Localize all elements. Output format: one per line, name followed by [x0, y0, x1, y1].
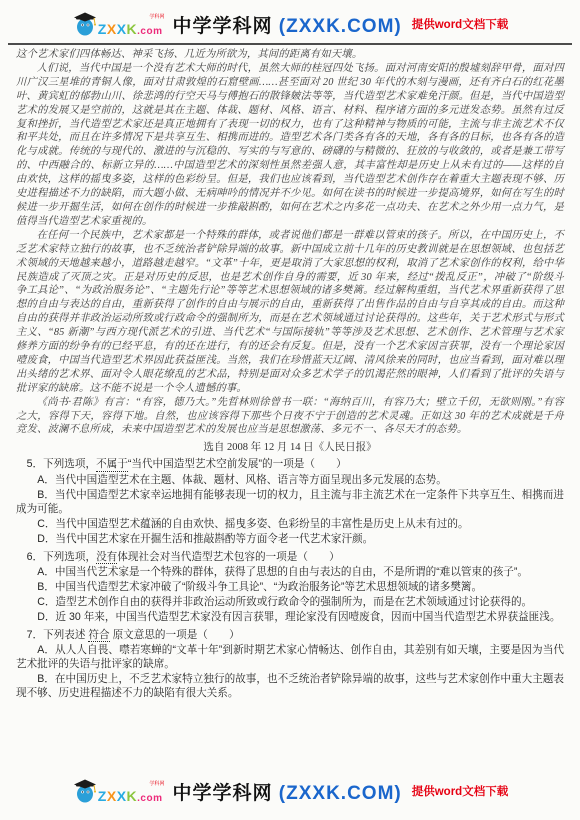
source-line: 选自 2008 年 12 月 14 日《人民日报》	[16, 439, 564, 454]
mascot-icon	[72, 11, 98, 37]
question-option: A．当代中国造型艺术在主题、体裁、题材、风格、语言等方面呈现出多元发展的态势。	[16, 473, 564, 487]
question-option: D．当代中国艺术家在开掘生活和推敲斟酌等方面令老一代艺术家汗颜。	[16, 532, 564, 546]
logo-tiny-label: 学科网	[149, 780, 164, 787]
article: 这个艺术家们四体畅达、神采飞扬、几近为所欲为，其间的距离有如天壤。 人们说，当代…	[0, 45, 580, 701]
site-logo: ZXXK.com 学科网	[72, 11, 163, 37]
question-option: C．当代中国造型艺术蕴涵的自由欢快、摇曳多姿、色彩纷呈的丰富性是历史上从未有过的…	[16, 517, 564, 531]
article-paragraph: 这个艺术家们四体畅达、神采飞扬、几近为所欲为，其间的距离有如天壤。	[16, 48, 564, 62]
stem-text: 下列选项，	[43, 458, 96, 470]
stem-text: 下列选项，	[43, 551, 96, 563]
question-number: 5．	[27, 458, 44, 470]
site-name: 中学学科网	[173, 783, 273, 804]
site-name: 中学学科网	[173, 16, 273, 37]
question-block-5: 5．下列选项，不属于“当代中国造型艺术空前发展”的一项是（ ） A．当代中国造型…	[16, 457, 564, 546]
site-domain: (ZXXK.COM)	[279, 16, 402, 37]
question-option: C．造型艺术创作自由的获得并非政治运动所致或行政命令的强制所为，而是在艺术领域通…	[16, 595, 564, 609]
logo-wordmark: ZXXK.com	[98, 22, 163, 37]
article-paragraph: 在任何一个民族中，艺术家都是一个特殊的群体，或者说他们都是一群难以管束的孩子。所…	[16, 229, 564, 396]
page-header: ZXXK.com 学科网 中学学科网 (ZXXK.COM) 提供word文档下载	[0, 0, 580, 39]
question-option: B．中国当代造型艺术家冲破了“阶级斗争工具论”、“为政治服务论”等艺术思想领域的…	[16, 580, 564, 594]
question-option: A．从人人自畏、噤若寒蝉的“文革十年”到新时期艺术家心情畅达、创作自由，其差别有…	[16, 643, 564, 671]
question-number: 7．	[27, 629, 44, 641]
question-block-7: 7．下列表述 符合 原文意思的一项是（ ） A．从人人自畏、噤若寒蝉的“文革十年…	[16, 628, 564, 701]
essay-body: 这个艺术家们四体畅达、神采飞扬、几近为所欲为，其间的距离有如天壤。 人们说，当代…	[16, 48, 564, 437]
question-block-6: 6．下列选项，没有体现社会对当代造型艺术包容的一项是（ ） A．中国当代艺术家是…	[16, 550, 564, 625]
footer-brandrow: ZXXK.com 学科网 中学学科网 (ZXXK.COM) 提供word文档下载	[0, 776, 580, 806]
download-tagline: 提供word文档下载	[412, 783, 508, 799]
stem-text: 下列表述	[43, 629, 85, 641]
question-option: B．当代中国造型艺术家幸运地拥有能够表现一切的权力，且主流与非主流艺术在一定条件…	[16, 488, 564, 516]
mascot-icon	[72, 778, 98, 804]
site-domain: (ZXXK.COM)	[279, 783, 402, 804]
stem-emphasis: 符合	[88, 629, 109, 643]
page-footer: ZXXK.com 学科网 中学学科网 (ZXXK.COM) 提供word文档下载	[0, 776, 580, 806]
question-stem: 6．下列选项，没有体现社会对当代造型艺术包容的一项是（ ）	[16, 550, 564, 564]
question-number: 6．	[27, 551, 44, 563]
site-title: 中学学科网 (ZXXK.COM)	[173, 11, 402, 38]
stem-emphasis: 没有	[96, 551, 117, 565]
question-option: B．在中国历史上，不乏艺术家特立独行的故事，也不乏统治者铲除异端的故事，这些与艺…	[16, 672, 564, 700]
document-page: ZXXK.com 学科网 中学学科网 (ZXXK.COM) 提供word文档下载…	[0, 0, 580, 820]
question-stem: 5．下列选项，不属于“当代中国造型艺术空前发展”的一项是（ ）	[16, 457, 564, 471]
site-title: 中学学科网 (ZXXK.COM)	[173, 778, 402, 805]
stem-text: 原文意思的一项是（ ）	[113, 629, 240, 641]
logo-tiny-label: 学科网	[149, 13, 164, 20]
logo-wordmark: ZXXK.com	[98, 789, 163, 804]
question-stem: 7．下列表述 符合 原文意思的一项是（ ）	[16, 628, 564, 642]
site-logo: ZXXK.com 学科网	[72, 778, 163, 804]
stem-text: 体现社会对当代造型艺术包容的一项是（ ）	[117, 551, 339, 563]
stem-emphasis: 不属于	[96, 458, 128, 472]
article-paragraph: 人们说，当代中国是一个没有艺术大师的时代，虽然大师的桂冠四处飞扬。面对河南安阳的…	[16, 62, 564, 229]
stem-text: “当代中国造型艺术空前发展”的一项是（ ）	[128, 458, 347, 470]
question-option: D．近 30 年来，中国当代造型艺术家没有因言获罪，理论家没有因噎废食，因而中国…	[16, 610, 564, 624]
download-tagline: 提供word文档下载	[412, 16, 508, 32]
question-option: A．中国当代艺术家是一个特殊的群体，获得了思想的自由与表达的自由，不是所谓的“难…	[16, 565, 564, 579]
article-paragraph: 《尚书·君陈》有言：“有容，德乃大。”先哲林则徐曾书一联：“海纳百川，有容乃大；…	[16, 396, 564, 438]
